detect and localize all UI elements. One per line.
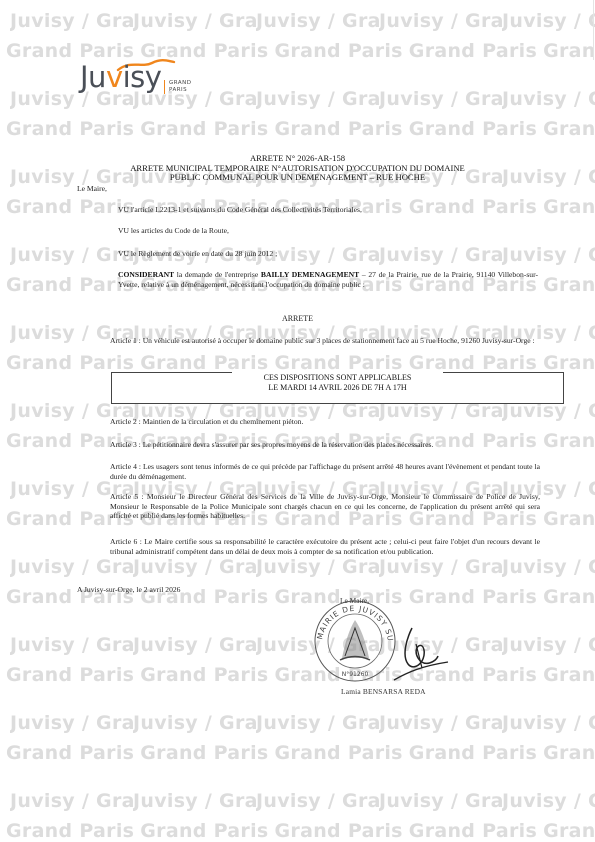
logo-wordmark: Juvisy <box>80 60 161 94</box>
arrete-title-block: ARRETE N° 2026-AR-158 ARRETE MUNICIPAL T… <box>0 154 595 183</box>
signer-name: Lamia BENSARSA REDA <box>341 687 426 696</box>
vu-clause-3: VU le Règlement de voirie en date du 28 … <box>118 249 277 259</box>
mairie-stamp-icon: MAIRIE DE JUVISY SUR ORGE N°91260 <box>312 598 398 684</box>
dispositions-box: CES DISPOSITIONS SONT APPLICABLES LE MAR… <box>111 372 564 404</box>
article-2: Article 2 : Maintien de la circulation e… <box>110 417 303 427</box>
vu-clause-1: VU l'article L2213-1 et suivants du Code… <box>118 205 362 215</box>
arrete-title-line-2: PUBLIC COMMUNAL POUR UN DEMENAGEMENT – R… <box>0 173 595 183</box>
signature-label: Le Maire, <box>340 596 369 605</box>
svg-text:N°91260: N°91260 <box>342 671 369 678</box>
company-name: BAILLY DEMENAGEMENT <box>261 270 359 279</box>
article-5: Article 5 : Monsieur le Directeur Généra… <box>110 492 540 521</box>
maire-label: Le Maire, <box>77 184 107 194</box>
juvisy-logo: Juvisy GRAND PARIS <box>80 58 195 100</box>
vu-clause-2: VU les articles du Code de la Route, <box>118 226 229 236</box>
article-6: Article 6 : Le Maire certifie sous sa re… <box>110 537 540 556</box>
article-1: Article 1 : Un véhicule est autorisé à o… <box>110 336 540 346</box>
place-and-date: A Juvisy-sur-Orge, le 2 avril 2026 <box>77 585 180 595</box>
dispositions-line-2: LE MARDI 14 AVRIL 2026 DE 7H A 17H <box>112 383 563 393</box>
logo-tagline: GRAND PARIS <box>164 80 191 94</box>
page-edge-line <box>593 0 594 60</box>
dispositions-line-1: CES DISPOSITIONS SONT APPLICABLES <box>112 373 563 383</box>
considerant-clause: CONSIDERANT la demande de l'entreprise B… <box>118 270 538 289</box>
arrete-heading: ARRETE <box>0 314 595 324</box>
handwritten-signature-icon <box>392 622 452 684</box>
document-page: Juvisy GRAND PARIS ARRETE N° 2026-AR-158… <box>0 0 595 842</box>
article-4: Article 4 : Les usagers sont tenus infor… <box>110 462 540 481</box>
article-3: Article 3 : Le pétitionnaire devra s'ass… <box>110 440 433 450</box>
